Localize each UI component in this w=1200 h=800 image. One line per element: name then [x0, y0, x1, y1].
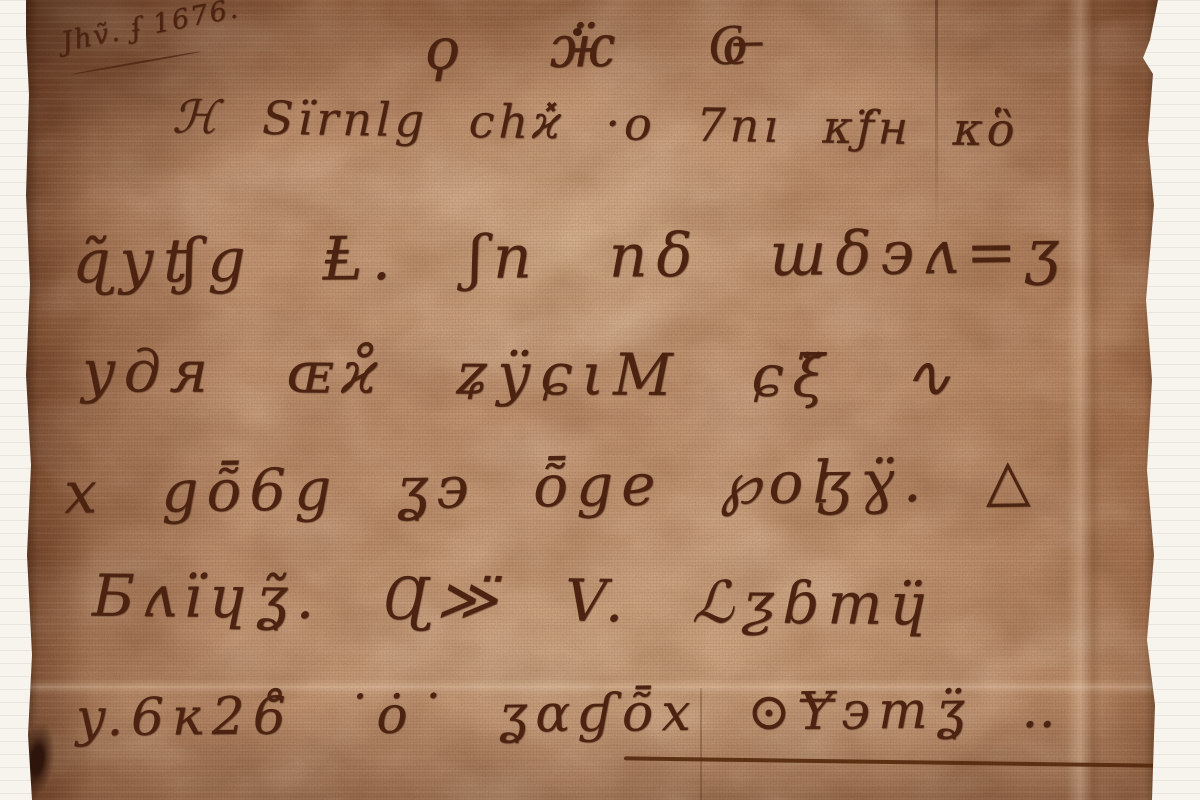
header-glyphs: ϙ ӝ Ҩ̶ [423, 9, 781, 83]
cipher-line-4: x gȭ6g ʓ϶ ȭge ℘oɮɣ̈. △ [64, 445, 1039, 527]
paper-sheet: Jhṽ. ʄ 1676. ϙ ӝ Ҩ̶ ℋ Sïrnlg chϰ̽ ·o 7nı… [26, 0, 1164, 800]
cipher-line-5: Ƃʌïɥʓ̃. Ɋ≫̈ V. ℒƺɓmɥ̈ [92, 562, 936, 639]
ink-dot [573, 28, 582, 36]
cipher-line-2: ɋ̃yʧg Ⱡ. ʃn nδ шδ϶ʌ=ʒ [72, 217, 1069, 297]
cipher-line-6: y.6ĸ26̊ ˙ȯ˙ ʓαɠȭx ⊙Ɏ϶mʓ̈ ‥ [76, 680, 1064, 749]
paper-edge-left [26, 0, 38, 800]
paper-edge-right [1144, 0, 1164, 800]
cipher-line-3: yдя ɶϰ̊ ʑӱɕιM ɕξ̈ ∿ [82, 337, 961, 411]
manuscript-photo: Jhṽ. ʄ 1676. ϙ ӝ Ҩ̶ ℋ Sïrnlg chϰ̽ ·o 7nı… [0, 0, 1200, 800]
